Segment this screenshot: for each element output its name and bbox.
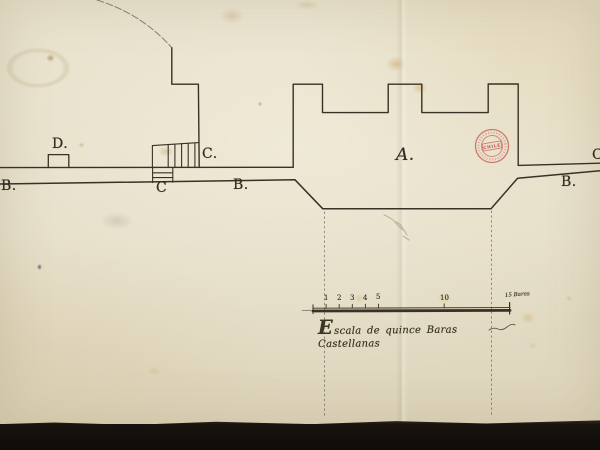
scale-tick-2: 2 (337, 295, 341, 302)
label-d: D. (52, 137, 68, 151)
label-b-center: B. (233, 178, 249, 192)
arc-line (97, 0, 172, 48)
manuscript-scan: D. B. C C. B. A. B. C 1 2 3 4 5 10 15 Ba… (0, 0, 600, 450)
pencil-annotation (384, 215, 409, 240)
label-b-left: B. (1, 179, 17, 193)
label-b-right: B. (561, 175, 577, 189)
label-c-stairs-upper: C. (202, 147, 218, 161)
chile-library-stamp: CHILE (470, 124, 514, 168)
scale-tick-10: 10 (440, 295, 449, 302)
label-a: A. (396, 147, 415, 164)
scale-tick-5: 5 (376, 294, 380, 301)
right-wall-line (518, 163, 600, 165)
fortification-profile-drawing (0, 0, 600, 450)
parapet-bump-d (48, 155, 69, 168)
label-c-stairs-lower: C (156, 181, 167, 195)
lower-ground-line (0, 171, 600, 209)
staircase (152, 143, 199, 183)
scale-tick-4: 4 (363, 295, 367, 302)
scale-caption: Escala de quince Baras Castellanas (318, 314, 518, 350)
scale-bar (302, 303, 510, 314)
scale-tick-1: 1 (324, 295, 328, 302)
scale-tick-3: 3 (350, 295, 354, 302)
label-c-right-edge: C (592, 148, 600, 162)
